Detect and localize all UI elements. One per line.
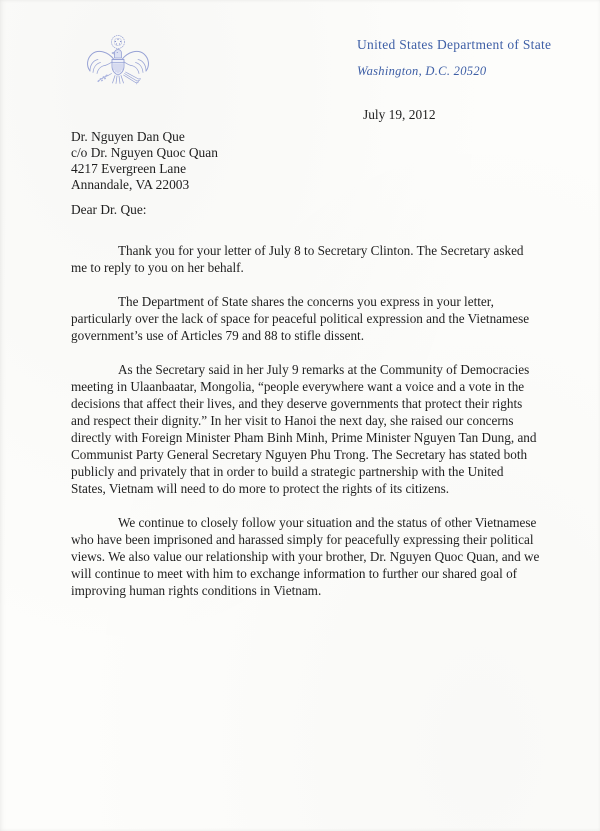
letterhead-org-name: United States Department of State (357, 37, 551, 53)
letterhead-org-address: Washington, D.C. 20520 (357, 64, 486, 79)
body-paragraph-1: Thank you for your letter of July 8 to S… (71, 242, 541, 276)
recipient-name: Dr. Nguyen Dan Que (71, 129, 218, 145)
body-paragraph-3: As the Secretary said in her July 9 rema… (71, 361, 541, 497)
great-seal-icon (84, 33, 152, 94)
recipient-care-of: c/o Dr. Nguyen Quoc Quan (71, 145, 218, 161)
letter-date: July 19, 2012 (363, 107, 436, 123)
body-paragraph-4: We continue to closely follow your situa… (71, 514, 541, 599)
recipient-address-block: Dr. Nguyen Dan Que c/o Dr. Nguyen Quoc Q… (71, 129, 218, 193)
salutation: Dear Dr. Que: (71, 202, 146, 218)
letter-body: Thank you for your letter of July 8 to S… (71, 225, 541, 599)
recipient-city-state-zip: Annandale, VA 22003 (71, 177, 218, 193)
letter-page: United States Department of State Washin… (0, 0, 600, 831)
body-paragraph-2: The Department of State shares the conce… (71, 293, 541, 344)
recipient-street: 4217 Evergreen Lane (71, 161, 218, 177)
